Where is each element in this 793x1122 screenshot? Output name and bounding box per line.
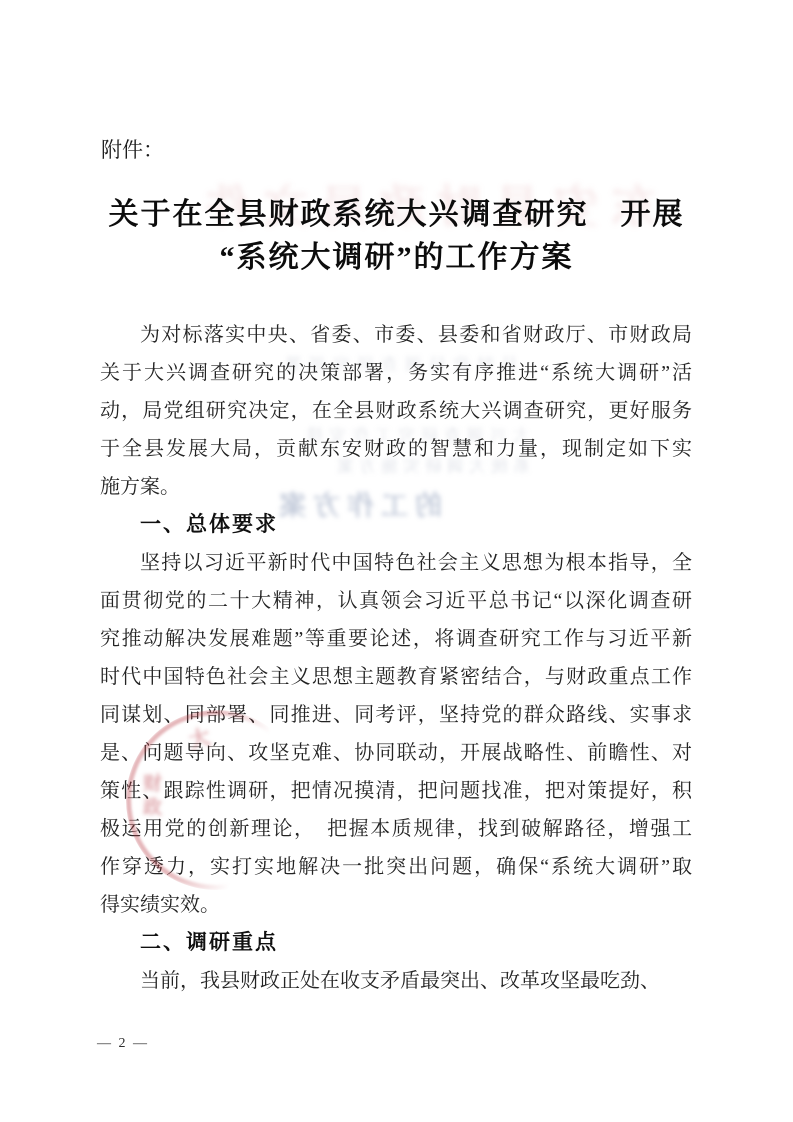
document-title-line-2: “系统大调研”的工作方案 — [0, 236, 793, 279]
body-text-line: 于全县发展大局，贡献东安财政的智慧和力量，现制定如下实 — [100, 430, 692, 468]
document-title: 关于在全县财政系统大兴调查研究 开展 “系统大调研”的工作方案 — [0, 193, 793, 279]
body-text-line: 时代中国特色社会主义思想主题教育紧密结合，与财政重点工作 — [100, 658, 692, 696]
body-text-line: 究推动解决发展难题”等重要论述，将调查研究工作与习近平新 — [100, 620, 692, 658]
body-text-line: 作穿透力，实打实地解决一批突出问题，确保“系统大调研”取 — [100, 848, 692, 886]
body-text-line: 坚持以习近平新时代中国特色社会主义思想为根本指导，全 — [100, 544, 692, 582]
body-text-line: 策性、跟踪性调研，把情况摸清，把问题找准，把对策提好，积 — [100, 772, 692, 810]
body-text-line: 动，局党组研究决定，在全县财政系统大兴调查研究，更好服务 — [100, 392, 692, 430]
body-text-line: 面贯彻党的二十大精神，认真领会习近平总书记“以深化调查研 — [100, 582, 692, 620]
body-text-line: 施方案。 — [100, 468, 692, 506]
body-text-line: 得实绩实效。 — [100, 886, 692, 924]
document-page: 东安县财政局文件 县财政局调查研究部署 大兴调查研究工作安排 系统大调研实施方案… — [0, 0, 793, 1122]
document-body: 为对标落实中央、省委、市委、县委和省财政厅、市财政局关于大兴调查研究的决策部署，… — [100, 316, 692, 1000]
body-text-line: 是、问题导向、攻坚克难、协同联动，开展战略性、前瞻性、对 — [100, 734, 692, 772]
section-heading: 二、调研重点 — [100, 924, 692, 962]
body-text-line: 同谋划、同部署、同推进、同考评，坚持党的群众路线、实事求 — [100, 696, 692, 734]
attachment-label: 附件： — [101, 134, 164, 164]
body-text-line: 当前，我县财政正处在收支矛盾最突出、改革攻坚最吃劲、 — [100, 962, 692, 1000]
body-text-line: 关于大兴调查研究的决策部署，务实有序推进“系统大调研”活 — [100, 354, 692, 392]
body-text-line: 极运用党的创新理论， 把握本质规律，找到破解路径，增强工 — [100, 810, 692, 848]
body-text-line: 为对标落实中央、省委、市委、县委和省财政厅、市财政局 — [100, 316, 692, 354]
page-number: — 2 — — [97, 1036, 149, 1052]
document-title-line-1: 关于在全县财政系统大兴调查研究 开展 — [0, 193, 793, 236]
section-heading: 一、总体要求 — [100, 506, 692, 544]
